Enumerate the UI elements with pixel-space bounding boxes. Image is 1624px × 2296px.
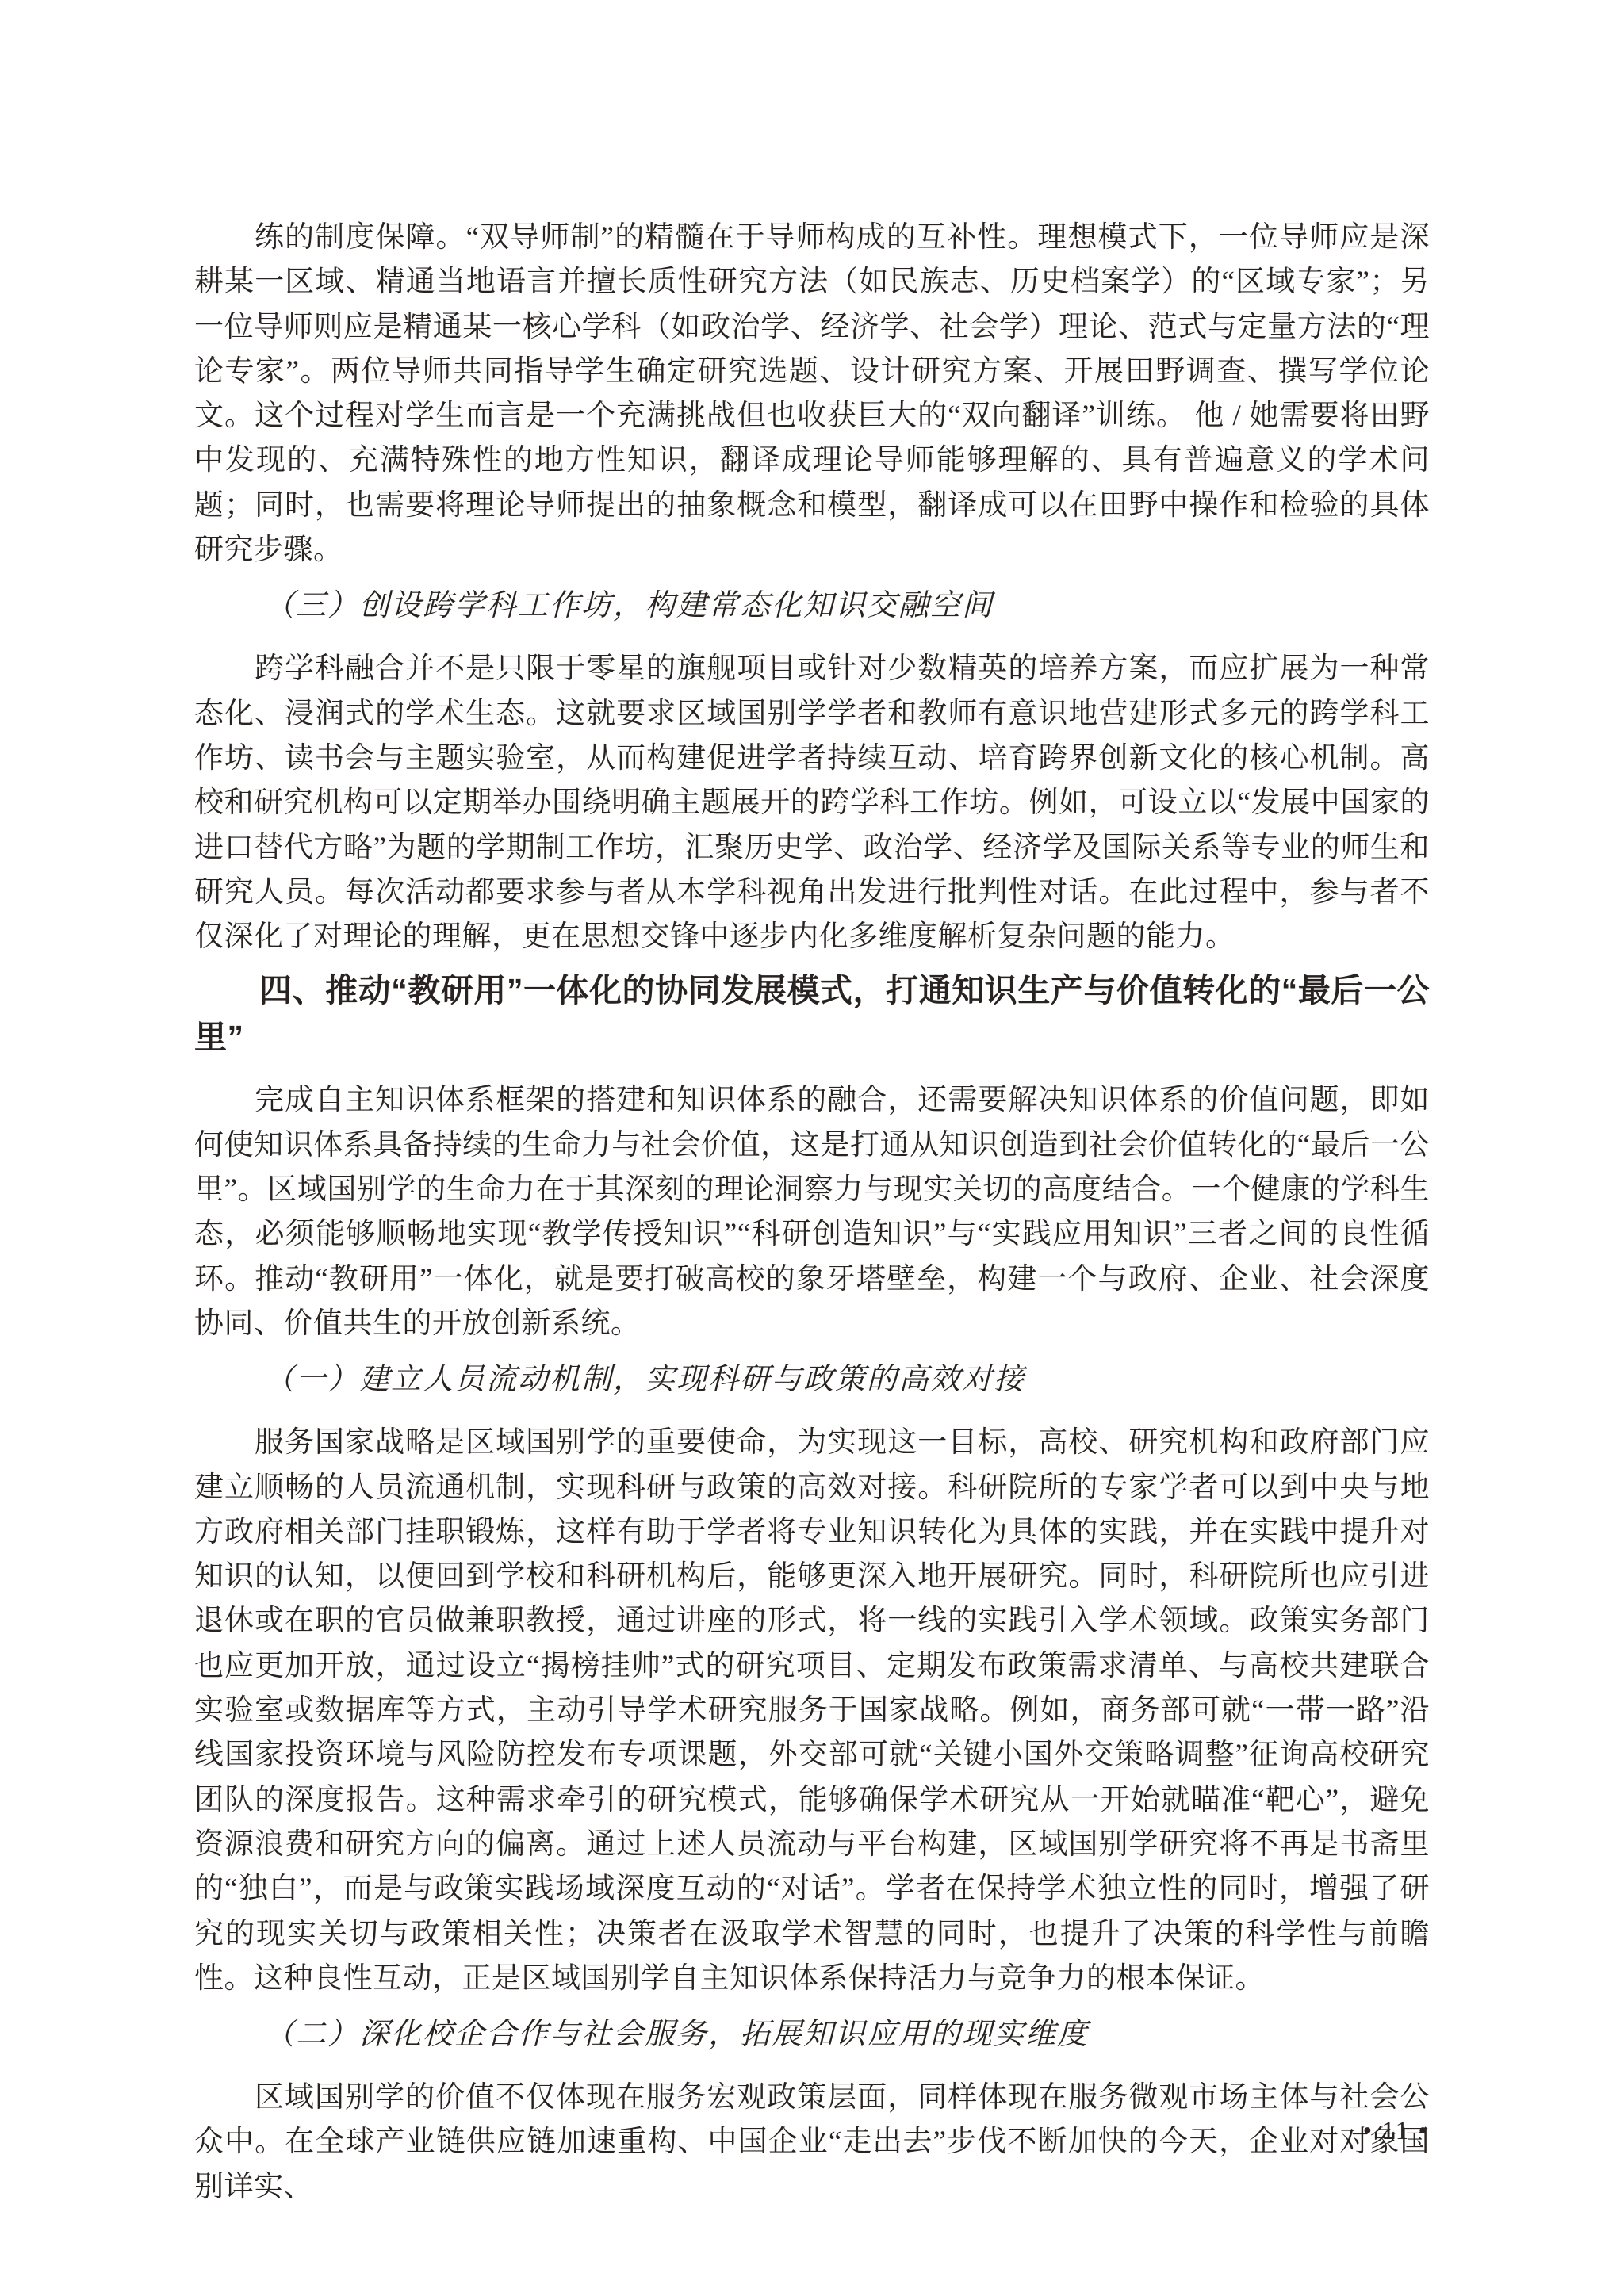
- part-four-heading: 四、推动“教研用”一体化的协同发展模式，打通知识生产与价值转化的“最后一公里”: [194, 967, 1430, 1061]
- subsection-heading-one: （一）建立人员流动机制，实现科研与政策的高效对接: [194, 1357, 1430, 1402]
- page-number: • 11 •: [1363, 2115, 1429, 2147]
- section-three-paragraph: 跨学科融合并不是只限于零星的旗舰项目或针对少数精英的培养方案，而应扩展为一种常态…: [194, 647, 1430, 959]
- section-heading-three: （三）创设跨学科工作坊，构建常态化知识交融空间: [194, 584, 1430, 628]
- continuation-paragraph: 练的制度保障。“双导师制”的精髓在于导师构成的互补性。理想模式下，一位导师应是深…: [194, 216, 1430, 572]
- text-column: 练的制度保障。“双导师制”的精髓在于导师构成的互补性。理想模式下，一位导师应是深…: [194, 216, 1430, 2210]
- document-page: 练的制度保障。“双导师制”的精髓在于导师构成的互补性。理想模式下，一位导师应是深…: [0, 0, 1624, 2296]
- subsection-two-paragraph: 区域国别学的价值不仅体现在服务宏观政策层面，同样体现在服务微观市场主体与社会公众…: [194, 2076, 1430, 2210]
- part-four-intro-paragraph: 完成自主知识体系框架的搭建和知识体系的融合，还需要解决知识体系的价值问题，即如何…: [194, 1078, 1430, 1346]
- subsection-one-paragraph: 服务国家战略是区域国别学的重要使命，为实现这一目标，高校、研究机构和政府部门应建…: [194, 1421, 1430, 2001]
- subsection-heading-two: （二）深化校企合作与社会服务，拓展知识应用的现实维度: [194, 2012, 1430, 2057]
